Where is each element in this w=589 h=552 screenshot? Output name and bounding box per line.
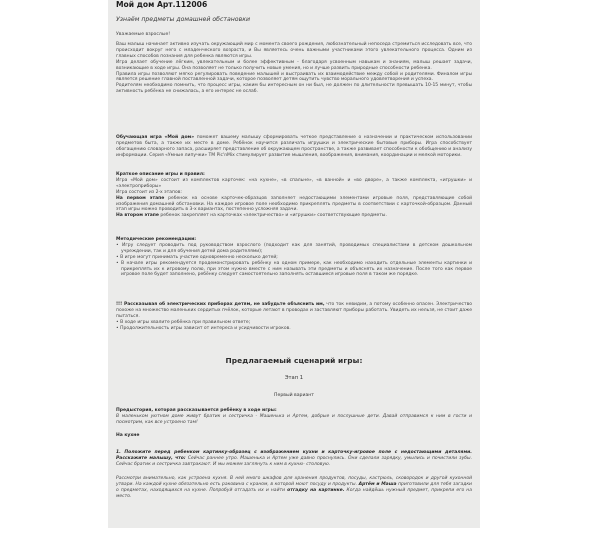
intro-paragraph: Игра делает обучение лёгким, увлекательн… xyxy=(116,60,472,72)
warning-lead: !!! Рассказывая об электрических прибора… xyxy=(116,302,325,307)
look-lead: отгадку на картинке. xyxy=(287,488,344,493)
document-subtitle: Узнаём предметы домашней обстановки xyxy=(116,16,250,23)
recommendations-section: Методические рекомендации: • Игру следуе… xyxy=(116,237,472,278)
document-title: Мой дом Арт.112006 xyxy=(116,0,207,9)
recommendations-heading: Методические рекомендации: xyxy=(116,237,196,242)
recommendation-item: • В начале игры рекомендуется продемонст… xyxy=(116,261,472,279)
document-page: Мой дом Арт.112006 Узнаём предметы домаш… xyxy=(108,0,480,528)
warning-section: !!! Рассказывая об электрических прибора… xyxy=(116,302,472,332)
recommendation-item: • Игру следует проводить под руководство… xyxy=(116,243,472,255)
backstory-section: Предыстория, которая рассказывается ребё… xyxy=(116,408,472,426)
learning-game-section: Обучающая игра «Мой дом» поможет вашему … xyxy=(116,135,472,159)
scenario-heading-block: Предлагаемый сценарий игры: xyxy=(116,356,472,365)
intro-paragraph: Родителям необходимо помнить, что процес… xyxy=(116,83,472,95)
variant-label: Первый вариант xyxy=(116,393,472,398)
backstory-heading: Предыстория, которая рассказывается ребё… xyxy=(116,408,277,413)
kitchen-section: На кухне xyxy=(116,433,472,439)
stage2-text: ребенок закрепляет на карточках «электри… xyxy=(159,213,387,218)
intro-section: Ваш малыш начинает активно изучать окруж… xyxy=(116,42,472,95)
stage2-lead: На втором этапе xyxy=(116,213,159,218)
rules-section: Краткое описание игры и правил: Игра «Мо… xyxy=(116,172,472,219)
warning-item: • Продолжительность игры зависит от инте… xyxy=(116,326,472,332)
scenario-heading: Предлагаемый сценарий игры: xyxy=(116,356,472,365)
rules-line: Игра «Мой дом» состоит из комплектов кар… xyxy=(116,178,472,190)
stage1-lead: На первом этапе xyxy=(116,196,164,201)
rules-heading: Краткое описание игры и правил: xyxy=(116,172,205,177)
look-lead: Артём и Маша xyxy=(359,482,397,487)
greeting: Уважаемые взрослые! xyxy=(116,32,170,37)
backstory-text: В маленьком уютном доме живут братик и с… xyxy=(116,414,472,426)
kitchen-heading: На кухне xyxy=(116,433,139,438)
stage-label: Этап 1 xyxy=(116,375,472,381)
intro-paragraph: Правила игры позволяют мягко регулироват… xyxy=(116,72,472,84)
stage1-text: ребенок на основе карточек-образцов запо… xyxy=(116,196,472,213)
kitchen-step-1: 1. Положите перед ребенком картинку-обра… xyxy=(116,450,472,468)
intro-paragraph: Ваш малыш начинает активно изучать окруж… xyxy=(116,42,472,60)
learning-game-lead: Обучающая игра «Мой дом» xyxy=(116,135,194,140)
kitchen-look: Рассмотри внимательно, как устроена кухн… xyxy=(116,476,472,500)
